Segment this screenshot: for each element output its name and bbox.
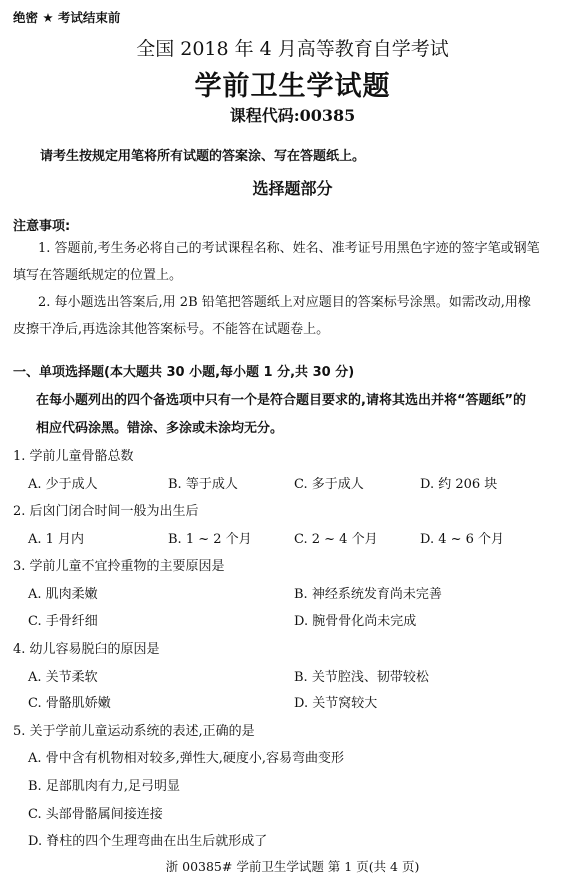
question-1-option-b: B. 等于成人 [168,473,238,492]
question-5-option-a: A. 骨中含有机物相对较多,弹性大,硬度小,容易弯曲变形 [28,747,344,766]
notes-title: 注意事项: [13,215,70,234]
question-5-option-b: B. 足部肌肉有力,足弓明显 [28,775,180,794]
question-3-option-d: D. 腕骨骨化尚未完成 [294,610,416,629]
question-2-option-a: A. 1 月内 [28,528,84,547]
question-2-option-d: D. 4 ~ 6 个月 [420,528,504,547]
question-4-stem: 4. 幼儿容易脱臼的原因是 [13,638,160,657]
note-2-line-2: 皮擦干净后,再选涂其他答案标号。不能答在试题卷上。 [13,318,329,337]
question-1-option-c: C. 多于成人 [294,473,364,492]
question-3-stem: 3. 学前儿童不宜拎重物的主要原因是 [13,555,225,574]
question-4-option-a: A. 关节柔软 [28,666,98,685]
question-1-option-a: A. 少于成人 [28,473,98,492]
question-5-stem: 5. 关于学前儿童运动系统的表述,正确的是 [13,720,255,739]
answer-instruction: 请考生按规定用笔将所有试题的答案涂、写在答题纸上。 [40,145,365,164]
question-1-option-d: D. 约 206 块 [420,473,497,492]
question-2-option-b: B. 1 ~ 2 个月 [168,528,252,547]
question-5-option-d: D. 脊柱的四个生理弯曲在出生后就形成了 [28,830,267,849]
exam-title: 学前卫生学试题 [0,64,585,103]
confidential-mark: 绝密 ★ 考试结束前 [13,8,120,26]
question-3-option-c: C. 手骨纤细 [28,610,98,629]
question-3-option-b: B. 神经系统发育尚未完善 [294,583,442,602]
question-3-option-a: A. 肌肉柔嫩 [28,583,98,602]
note-1-line-2: 填写在答题纸规定的位置上。 [13,264,182,283]
section-title: 选择题部分 [0,176,585,199]
question-4-option-d: D. 关节窝较大 [294,692,377,711]
exam-session-line: 全国 2018 年 4 月高等教育自学考试 [0,34,585,61]
course-code: 课程代码:00385 [0,103,585,126]
note-1-line-1: 1. 答题前,考生务必将自己的考试课程名称、姓名、准考证号用黑色字迹的签字笔或钢… [38,237,540,256]
question-4-option-b: B. 关节腔浅、韧带较松 [294,666,429,685]
page-footer: 浙 00385# 学前卫生学试题 第 1 页(共 4 页) [0,857,585,875]
part-title: 一、单项选择题(本大题共 30 小题,每小题 1 分,共 30 分) [13,361,354,380]
question-2-option-c: C. 2 ~ 4 个月 [294,528,378,547]
question-5-option-c: C. 头部骨骼属间接连接 [28,803,163,822]
question-2-stem: 2. 后囟门闭合时间一般为出生后 [13,500,199,519]
part-description-line-1: 在每小题列出的四个备选项中只有一个是符合题目要求的,请将其选出并将“答题纸”的 [36,389,526,408]
part-description-line-2: 相应代码涂黑。错涂、多涂或未涂均无分。 [36,417,283,436]
question-4-option-c: C. 骨骼肌娇嫩 [28,692,111,711]
question-1-stem: 1. 学前儿童骨骼总数 [13,445,134,464]
note-2-line-1: 2. 每小题选出答案后,用 2B 铅笔把答题纸上对应题目的答案标号涂黑。如需改动… [38,291,531,310]
